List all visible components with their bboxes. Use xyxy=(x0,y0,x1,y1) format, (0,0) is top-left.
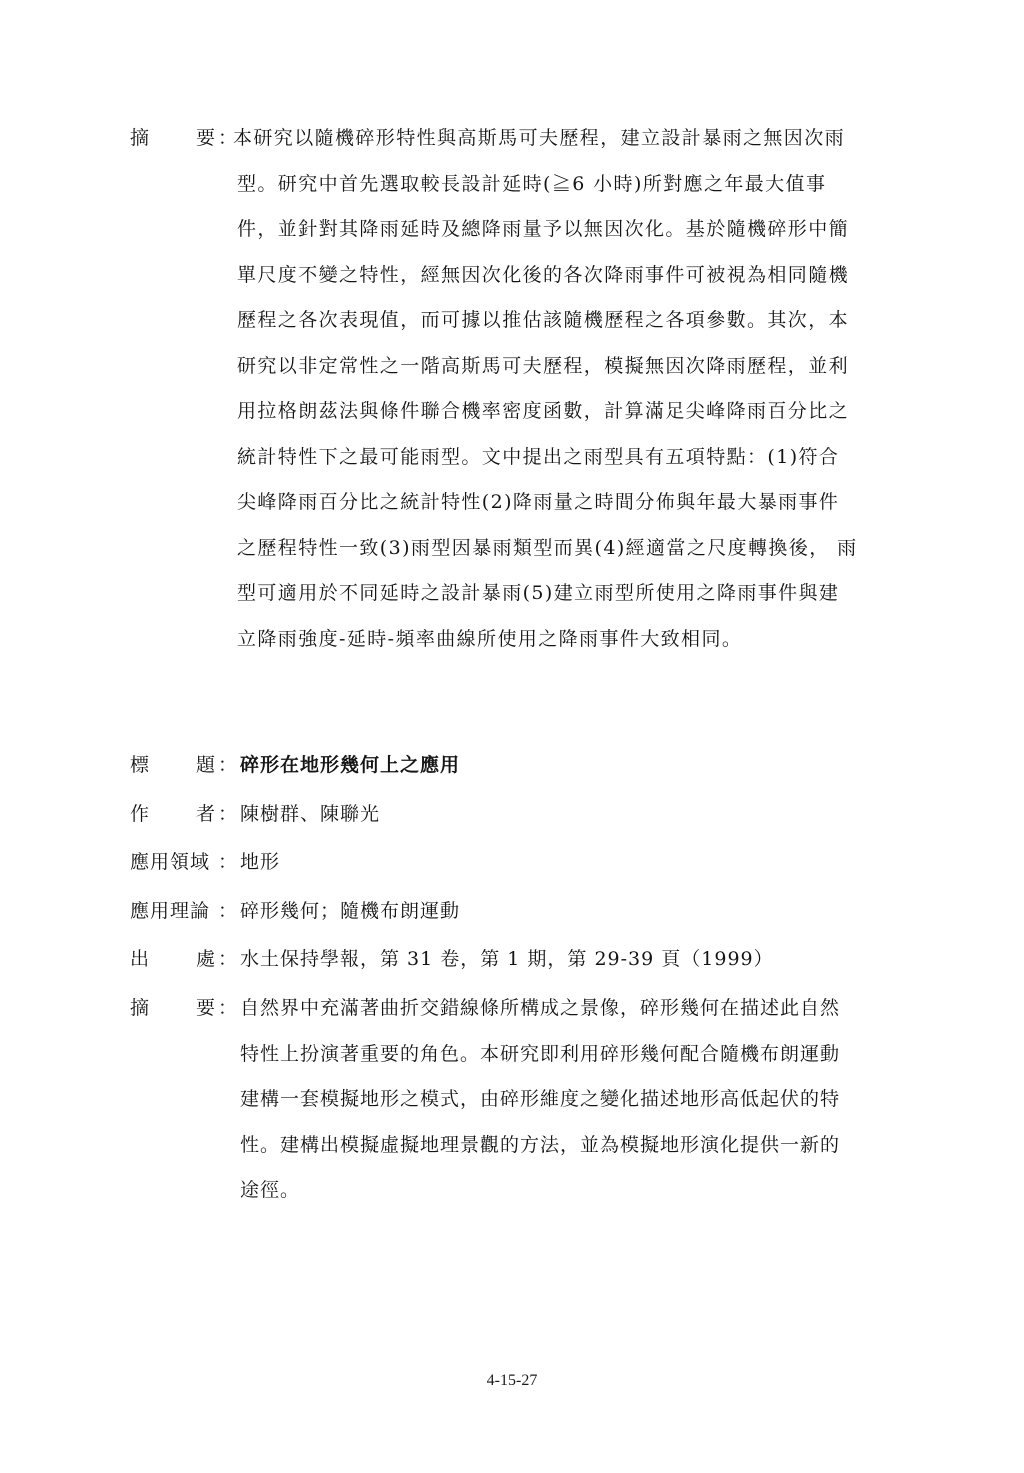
page-number: 4-15-27 xyxy=(0,1372,1024,1390)
abstract-line-row: 用拉格朗茲法與條件聯合機率密度函數，計算滿足尖峰降雨百分比之 xyxy=(130,398,890,444)
author-row: 作 者 ： 陳樹群、陳聯光 xyxy=(130,801,890,850)
record1-abstract: 摘 要 ： 本研究以隨機碎形特性與高斯馬可夫歷程，建立設計暴雨之無因次雨 型。研… xyxy=(130,125,890,671)
application-theory: 碎形幾何；隨機布朗運動 xyxy=(240,898,460,924)
abstract-line-row: 立降雨強度-延時-頻率曲線所使用之降雨事件大致相同。 xyxy=(130,626,890,672)
paper-authors: 陳樹群、陳聯光 xyxy=(240,801,380,827)
abstract-line: 歷程之各次表現值，而可據以推估該隨機歷程之各項參數。其次，本 xyxy=(237,307,849,333)
abstract-line: 型。研究中首先選取較長設計延時(≧6 小時)所對應之年最大值事 xyxy=(237,171,826,197)
application-field: 地形 xyxy=(240,849,280,875)
abstract-line-row: 型可適用於不同延時之設計暴雨(5)建立雨型所使用之降雨事件與建 xyxy=(130,580,890,626)
label-colon: ： xyxy=(218,898,237,924)
document-page: 摘 要 ： 本研究以隨機碎形特性與高斯馬可夫歷程，建立設計暴雨之無因次雨 型。研… xyxy=(0,0,1024,1473)
abstract-line-row: 建構一套模擬地形之模式，由碎形維度之變化描述地形高低起伏的特 xyxy=(130,1086,890,1132)
source-row: 出 處 ： 水土保持學報，第 31 卷，第 1 期，第 29-39 頁（1999… xyxy=(130,946,890,995)
theory-row: 應用理論 ： 碎形幾何；隨機布朗運動 xyxy=(130,898,890,947)
label-colon: ： xyxy=(218,752,237,778)
field-row: 應用領域 ： 地形 xyxy=(130,849,890,898)
theory-label: 應用理論 xyxy=(130,898,210,924)
label-colon: ： xyxy=(218,801,237,827)
abstract-line-row: 之歷程特性一致(3)雨型因暴雨類型而異(4)經適當之尺度轉換後， 雨 xyxy=(130,535,890,581)
abstract-line: 件，並針對其降雨延時及總降雨量予以無因次化。基於隨機碎形中簡 xyxy=(237,216,849,242)
abstract-line: 建構一套模擬地形之模式，由碎形維度之變化描述地形高低起伏的特 xyxy=(240,1086,840,1112)
abstract-line-row: 單尺度不變之特性，經無因次化後的各次降雨事件可被視為相同隨機 xyxy=(130,262,890,308)
abstract-line-row: 尖峰降雨百分比之統計特性(2)降雨量之時間分佈與年最大暴雨事件 xyxy=(130,489,890,535)
abstract-line: 途徑。 xyxy=(240,1177,300,1203)
title-row: 標 題 ： 碎形在地形幾何上之應用 xyxy=(130,752,890,801)
abstract-line: 研究以非定常性之一階高斯馬可夫歷程，模擬無因次降雨歷程，並利 xyxy=(237,353,849,379)
abstract-line: 性。建構出模擬虛擬地理景觀的方法，並為模擬地形演化提供一新的 xyxy=(240,1132,840,1158)
label-colon: ： xyxy=(218,946,237,972)
source-label-char1: 出 xyxy=(130,946,149,972)
author-label-char1: 作 xyxy=(130,801,149,827)
record2-metadata: 標 題 ： 碎形在地形幾何上之應用 作 者 ： 陳樹群、陳聯光 應用領域 ： 地… xyxy=(130,752,890,995)
abstract-line: 本研究以隨機碎形特性與高斯馬可夫歷程，建立設計暴雨之無因次雨 xyxy=(233,125,845,151)
abstract-line-row: 件，並針對其降雨延時及總降雨量予以無因次化。基於隨機碎形中簡 xyxy=(130,216,890,262)
abstract-line: 之歷程特性一致(3)雨型因暴雨類型而異(4)經適當之尺度轉換後， 雨 xyxy=(237,535,857,561)
abstract-line: 特性上扮演著重要的角色。本研究即利用碎形幾何配合隨機布朗運動 xyxy=(240,1041,840,1067)
field-label: 應用領域 xyxy=(130,849,210,875)
paper-title: 碎形在地形幾何上之應用 xyxy=(240,752,460,778)
title-label-char1: 標 xyxy=(130,752,149,778)
abstract-line-row: 型。研究中首先選取較長設計延時(≧6 小時)所對應之年最大值事 xyxy=(130,171,890,217)
abstract-first-line: 摘 要 ： 本研究以隨機碎形特性與高斯馬可夫歷程，建立設計暴雨之無因次雨 xyxy=(130,125,890,171)
abstract-line-row: 性。建構出模擬虛擬地理景觀的方法，並為模擬地形演化提供一新的 xyxy=(130,1132,890,1178)
source-label-char2: 處 xyxy=(196,946,215,972)
label-colon: ： xyxy=(218,995,237,1021)
abstract-line: 尖峰降雨百分比之統計特性(2)降雨量之時間分佈與年最大暴雨事件 xyxy=(237,489,839,515)
label-colon: ： xyxy=(218,849,237,875)
abstract-line-row: 特性上扮演著重要的角色。本研究即利用碎形幾何配合隨機布朗運動 xyxy=(130,1041,890,1087)
abstract-line: 立降雨強度-延時-頻率曲線所使用之降雨事件大致相同。 xyxy=(237,626,742,652)
author-label-char2: 者 xyxy=(196,801,215,827)
abstract-first-line: 摘 要 ： 自然界中充滿著曲折交錯線條所構成之景像，碎形幾何在描述此自然 xyxy=(130,995,890,1041)
abstract-label-char2: 要 xyxy=(196,995,215,1021)
abstract-label-char2: 要 xyxy=(196,125,215,151)
abstract-line-row: 研究以非定常性之一階高斯馬可夫歷程，模擬無因次降雨歷程，並利 xyxy=(130,353,890,399)
abstract-line-row: 歷程之各次表現值，而可據以推估該隨機歷程之各項參數。其次，本 xyxy=(130,307,890,353)
record2-abstract: 摘 要 ： 自然界中充滿著曲折交錯線條所構成之景像，碎形幾何在描述此自然 特性上… xyxy=(130,995,890,1223)
abstract-line-row: 途徑。 xyxy=(130,1177,890,1223)
abstract-label-char1: 摘 xyxy=(130,125,149,151)
abstract-line-row: 統計特性下之最可能雨型。文中提出之雨型具有五項特點：(1)符合 xyxy=(130,444,890,490)
paper-source: 水土保持學報，第 31 卷，第 1 期，第 29-39 頁（1999） xyxy=(240,946,774,972)
abstract-label-char1: 摘 xyxy=(130,995,149,1021)
abstract-line: 統計特性下之最可能雨型。文中提出之雨型具有五項特點：(1)符合 xyxy=(237,444,839,470)
abstract-line: 用拉格朗茲法與條件聯合機率密度函數，計算滿足尖峰降雨百分比之 xyxy=(237,398,849,424)
abstract-line: 單尺度不變之特性，經無因次化後的各次降雨事件可被視為相同隨機 xyxy=(237,262,849,288)
abstract-line: 自然界中充滿著曲折交錯線條所構成之景像，碎形幾何在描述此自然 xyxy=(240,995,840,1021)
title-label-char2: 題 xyxy=(196,752,215,778)
abstract-line: 型可適用於不同延時之設計暴雨(5)建立雨型所使用之降雨事件與建 xyxy=(237,580,839,606)
